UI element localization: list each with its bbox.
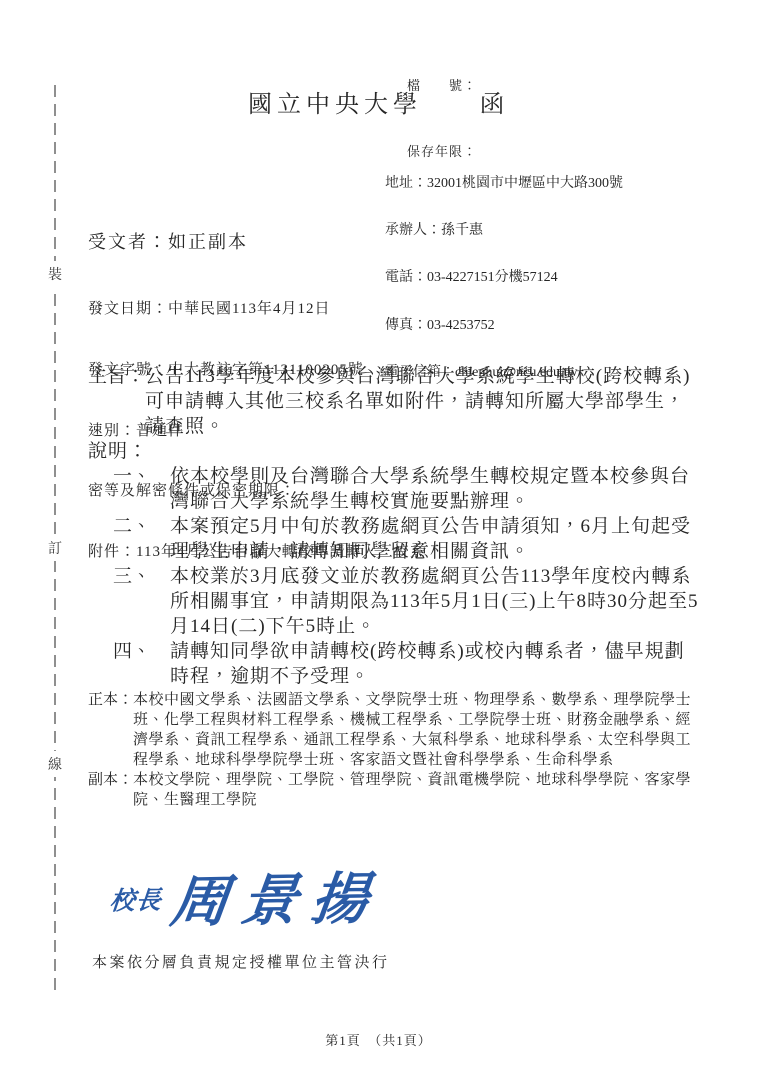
copies-block: 正本：本校中國文學系、法國語文學系、文學院學士班、物理學系、數學系、理學院學士班…: [88, 690, 694, 810]
description-item-4: 四、請轉知同學欲申請轉校(跨校轉系)或校內轉系者，儘早規劃時程，逾期不予受理。: [113, 639, 700, 689]
subject-text: 公告113學年度本校參與台灣聯合大學系統學生轉校(跨校轉系)可申請轉入其他三校系…: [145, 366, 690, 437]
cc-copy-label: 副本：: [88, 770, 133, 790]
binding-mark-zhuang: 裝: [44, 261, 66, 287]
description-label: 說明：: [88, 439, 700, 464]
letter-body: 主旨：公告113學年度本校參與台灣聯合大學系統學生轉校(跨校轉系)可申請轉入其他…: [88, 364, 700, 689]
issue-date: 發文日期：中華民國113年4月12日: [88, 299, 425, 319]
cc-copy-text: 本校文學院、理學院、工學院、管理學院、資訊電機學院、地球科學學院、客家學院、生醫…: [133, 772, 691, 808]
description-item-3: 三、本校業於3月底發文並於教務處網頁公告113學年度校內轉系所相關事宜，申請期限…: [113, 564, 700, 639]
document-title: 國立中央大學 函: [0, 84, 757, 119]
signature-title: 校長: [108, 880, 163, 917]
item-text: 請轉知同學欲申請轉校(跨校轉系)或校內轉系者，儘早規劃時程，逾期不予受理。: [170, 641, 685, 687]
sender-address: 地址：32001桃園市中壢區中大路300號: [385, 176, 623, 192]
original-copy-line: 正本：本校中國文學系、法國語文學系、文學院學士班、物理學系、數學系、理學院學士班…: [88, 690, 694, 770]
sender-contact-person: 承辦人：孫千惠: [385, 223, 623, 239]
subject-label: 主旨：: [88, 364, 145, 389]
official-letter-page: 裝 訂 線 檔 號： 保存年限： 國立中央大學 函 地址：32001桃園市中壢區…: [0, 0, 757, 1073]
item-number: 三、: [113, 564, 170, 589]
original-copy-label: 正本：: [88, 690, 133, 710]
description-item-1: 一、依本校學則及台灣聯合大學系統學生轉校規定暨本校參與台灣聯合大學系統學生轉校實…: [113, 464, 700, 514]
cc-copy-line: 副本：本校文學院、理學院、工學院、管理學院、資訊電機學院、地球科學學院、客家學院…: [88, 770, 694, 810]
item-number: 一、: [113, 464, 170, 489]
item-text: 依本校學則及台灣聯合大學系統學生轉校規定暨本校參與台灣聯合大學系統學生轉校實施要…: [170, 466, 690, 512]
description-item-2: 二、本案預定5月中旬於教務處網頁公告申請須知，6月上旬起受理學生申請，請轉知同學…: [113, 514, 700, 564]
item-text: 本校業於3月底發文並於教務處網頁公告113學年度校內轉系所相關事宜，申請期限為1…: [170, 566, 698, 637]
subject-paragraph: 主旨：公告113學年度本校參與台灣聯合大學系統學生轉校(跨校轉系)可申請轉入其他…: [88, 364, 700, 439]
signature-name: 周景揚: [167, 855, 387, 939]
item-number: 二、: [113, 514, 170, 539]
binding-mark-ding: 訂: [44, 535, 66, 561]
president-signature: 校長 周景揚: [109, 850, 383, 945]
binding-mark-xian: 線: [44, 751, 66, 777]
page-number: 第1頁 （共1頁）: [0, 1030, 757, 1049]
original-copy-text: 本校中國文學系、法國語文學系、文學院學士班、物理學系、數學系、理學院學士班、化學…: [133, 692, 691, 768]
delegation-note: 本案依分層負責規定授權單位主管決行: [92, 951, 390, 972]
item-text: 本案預定5月中旬於教務處網頁公告申請須知，6月上旬起受理學生申請，請轉知同學留意…: [170, 516, 691, 562]
recipient-line: 受文者：如正副本: [88, 228, 248, 254]
item-number: 四、: [113, 639, 170, 664]
